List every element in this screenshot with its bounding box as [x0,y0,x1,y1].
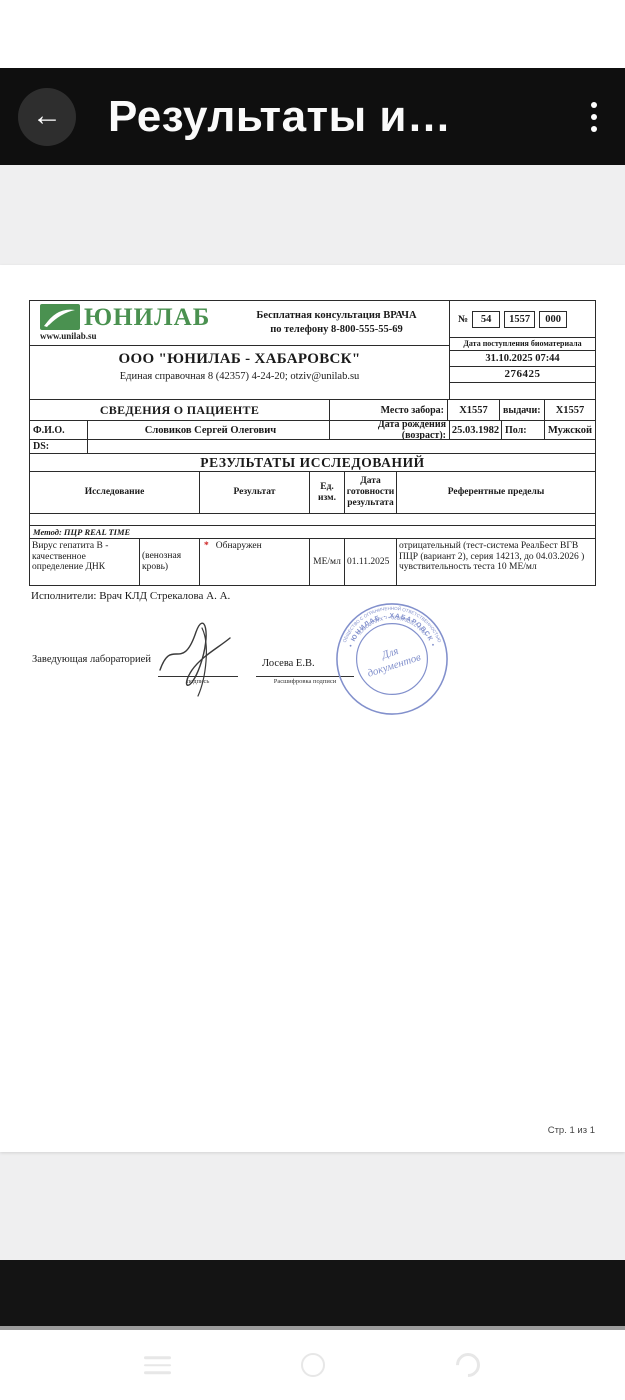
sampling-place-value: X1557 [448,405,499,416]
home-button[interactable] [301,1353,325,1377]
signature-block: Заведующая лабораторией подпись Лосева Е… [30,604,595,739]
org-name: ООО "ЮНИЛАБ - ХАБАРОВСК" [30,351,449,368]
col-reference: Референтные пределы [397,472,595,514]
order-number: 276425 [450,367,595,383]
biomaterial-label: Дата поступления биоматериала [450,338,595,351]
number-label: № [458,314,468,325]
sampling-place-label: Место забора: [330,400,448,421]
dot-icon [591,102,597,108]
birthdate-value: 25.03.1982 [450,425,501,436]
ds-value [88,440,595,454]
sex-label: Пол: [502,421,545,440]
patient-name: Словиков Сергей Олегович [88,425,329,436]
col-result: Результат [200,472,310,514]
birthdate-label: Дата рождения (возраст): [330,421,450,440]
round-stamp-icon: ОБЩЕСТВО С ОГРАНИЧЕННОЙ ОТВЕТСТВЕННОСТЬЮ… [333,600,451,718]
patient-name-row: Ф.И.О. Словиков Сергей Олегович Дата рож… [30,421,595,440]
phone-screen: ← Результаты и… [0,0,625,1400]
col-ready-date: Дата готовности результата [345,472,397,514]
empty-cell [450,383,595,399]
signatory-role: Заведующая лабораторией [32,654,151,665]
specimen-type: (венозная кровь) [140,539,200,585]
page-title: Результаты и… [108,92,451,142]
ds-label: DS: [30,440,88,454]
col-test: Исследование [30,472,200,514]
org-contact: Единая справочная 8 (42357) 4-24-20; otz… [30,371,449,382]
ready-date-value: 01.11.2025 [345,539,397,585]
nav-back-button[interactable] [451,1348,485,1382]
result-table-row: Вирус гепатита В - качественное определе… [30,539,595,585]
back-button[interactable]: ← [18,88,76,146]
performers-line: Исполнители: Врач КЛД Стрекалова А. А. [31,590,625,602]
abnormal-flag: * [204,541,209,552]
method-row: Метод: ПЦР REAL TIME [30,526,595,539]
reference-range: отрицательный (тест-система РеалБест ВГВ… [397,539,595,585]
report-number-row: № 54 1557 000 [450,301,595,338]
number-part: 1557 [504,311,535,328]
fio-label: Ф.И.О. [30,421,88,440]
back-arrow-icon: ← [32,101,62,131]
lab-report-table: ЮНИЛАБ www.unilab.su Бесплатная консульт… [29,300,596,586]
patient-section-title: СВЕДЕНИЯ О ПАЦИЕНТЕ [30,400,330,421]
signatory-name: Лосева Е.В. [262,658,315,669]
patient-section-row: СВЕДЕНИЯ О ПАЦИЕНТЕ Место забора: X1557 … [30,400,595,421]
signature-icon [152,608,247,703]
test-name: Вирус гепатита В - качественное определе… [30,539,140,585]
overflow-menu-button[interactable] [581,94,607,140]
dot-icon [591,126,597,132]
lab-logo-block: ЮНИЛАБ www.unilab.su [40,304,230,345]
result-value: Обнаружен [216,541,262,552]
hamburger-icon [144,1364,171,1367]
dot-icon [591,114,597,120]
col-unit: Ед. изм. [310,472,345,514]
report-header-band: ЮНИЛАБ www.unilab.su Бесплатная консульт… [30,301,595,400]
number-part: 000 [539,311,567,328]
biomaterial-date: 31.10.2025 07:44 [450,351,595,367]
consultation-note: Бесплатная консультация ВРАЧА по телефон… [230,304,443,345]
method-value: Метод: ПЦР REAL TIME [30,526,595,539]
hamburger-icon [144,1371,171,1374]
signature-line [158,676,238,677]
results-title-row: РЕЗУЛЬТАТЫ ИССЛЕДОВАНИЙ [30,454,595,472]
unit-value: МЕ/мл [310,539,345,585]
page-number: Стр. 1 из 1 [548,1125,595,1136]
bottom-black-bar [0,1260,625,1326]
ds-row: DS: [30,440,595,454]
results-header-row: Исследование Результат Ед. изм. Дата гот… [30,472,595,514]
sex-value: Мужской [545,425,595,436]
unilab-logo-icon [40,304,80,330]
system-nav-bar [0,1330,625,1400]
signature-caption: подпись [158,678,238,685]
lab-name: ЮНИЛАБ [84,305,210,330]
result-cell: * Обнаружен [200,539,310,585]
empty-cell [30,514,595,526]
spacer-row [30,514,595,526]
hamburger-icon [144,1356,171,1359]
report-number-cell: № 54 1557 000 Дата поступления биоматери… [450,301,595,400]
app-bar: ← Результаты и… [0,68,625,165]
document-page: ЮНИЛАБ www.unilab.su Бесплатная консульт… [0,265,625,1152]
number-part: 54 [472,311,500,328]
issue-label: выдачи: [500,400,545,421]
recents-button[interactable] [144,1356,171,1374]
issue-value: X1557 [545,405,595,416]
status-bar-space [0,0,625,68]
lab-identity-cell: ЮНИЛАБ www.unilab.su Бесплатная консульт… [30,301,450,400]
results-section-title: РЕЗУЛЬТАТЫ ИССЛЕДОВАНИЙ [30,454,595,472]
lab-website: www.unilab.su [40,331,230,341]
document-viewer[interactable]: ЮНИЛАБ www.unilab.su Бесплатная консульт… [0,165,625,1260]
